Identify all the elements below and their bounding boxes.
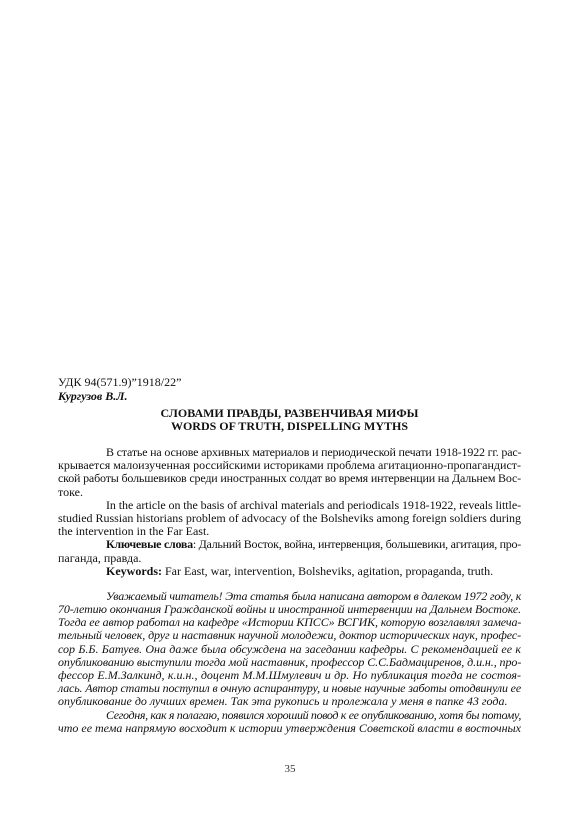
document-page: УДК 94(571.9)”1918/22” Кургузов В.Л. СЛО…: [0, 0, 580, 820]
keywords-english: Keywords: Far East, war, intervention, B…: [58, 565, 521, 578]
intro-line: тельный человек, друг и наставник научно…: [58, 629, 521, 642]
keywords-en-text: Far East, war, intervention, Bolsheviks,…: [162, 564, 493, 578]
second-paragraph: Сегодня, как я полагаю, появился хороший…: [58, 709, 521, 735]
abstract-ru-line: ской работы большевиков среди иностранны…: [58, 472, 521, 485]
para2-line: что ее тема напрямую восходит к истории …: [58, 722, 521, 735]
abstract-en-line: In the article on the basis of archival …: [58, 499, 521, 512]
keywords-en-line: Keywords: Far East, war, intervention, B…: [58, 565, 521, 578]
author-name: Кургузов В.Л.: [58, 390, 521, 403]
udk-code: УДК 94(571.9)”1918/22”: [58, 376, 521, 389]
abstract-ru-line: токе.: [58, 486, 521, 499]
abstract-english: In the article on the basis of archival …: [58, 499, 521, 539]
para2-line: Сегодня, как я полагаю, появился хороший…: [58, 709, 521, 722]
keywords-ru-label: Ключевые слова: [106, 537, 193, 551]
keywords-ru-line: Ключевые слова: Дальний Восток, война, и…: [58, 538, 521, 551]
keywords-ru-text: : Дальний Восток, война, интервенция, бо…: [193, 537, 521, 551]
intro-line: опубликование до лучших времен. Так эта …: [58, 695, 521, 708]
title-english: WORDS OF TRUTH, DISPELLING MYTHS: [58, 420, 521, 433]
keywords-russian: Ключевые слова: Дальний Восток, война, и…: [58, 538, 521, 564]
article-body: УДК 94(571.9)”1918/22” Кургузов В.Л. СЛО…: [58, 376, 521, 735]
page-number: 35: [0, 763, 580, 775]
intro-line: сор Б.Б. Батуев. Она даже была обсуждена…: [58, 643, 521, 656]
abstract-russian: В статье на основе архивных материалов и…: [58, 446, 521, 499]
keywords-en-label: Keywords:: [106, 564, 162, 578]
intro-paragraph: Уважаемый читатель! Эта статья была напи…: [58, 590, 521, 709]
